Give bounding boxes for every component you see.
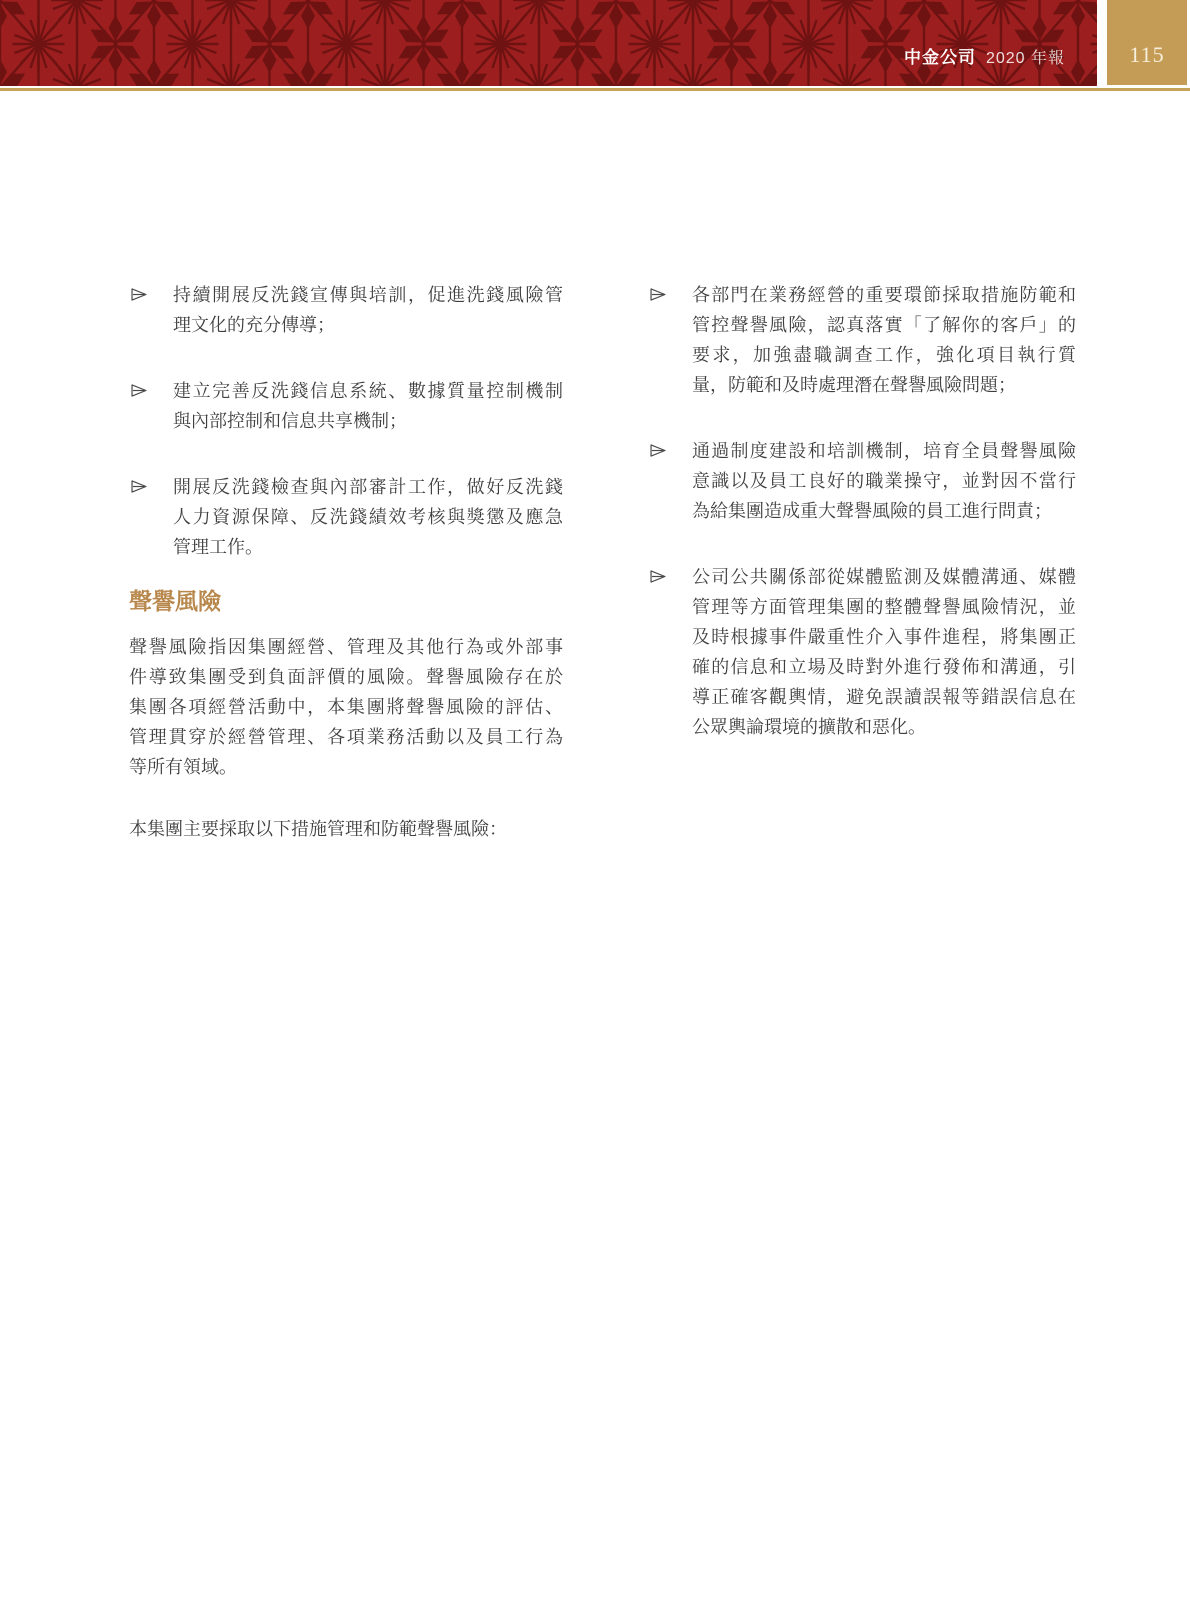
closing-paragraph: 本集團主要採取以下措施管理和防範聲譽風險：	[129, 814, 563, 844]
bullet-item: 建立完善反洗錢信息系統、數據質量控制機制與內部控制和信息共享機制；	[129, 376, 563, 436]
company-name: 中金公司	[904, 48, 976, 67]
bullet-item: 持續開展反洗錢宣傳與培訓，促進洗錢風險管理文化的充分傳導；	[129, 280, 563, 340]
bullet-item: 各部門在業務經營的重要環節採取措施防範和管控聲譽風險，認真落實「了解你的客戶」的…	[648, 280, 1076, 400]
bullet-arrow-icon	[131, 384, 147, 397]
header-title: 中金公司2020 年報	[904, 46, 1065, 70]
bullet-arrow-icon	[650, 570, 666, 583]
bullet-item: 公司公共關係部從媒體監測及媒體溝通、媒體管理等方面管理集團的整體聲譽風險情況，並…	[648, 562, 1076, 742]
bullet-text: 公司公共關係部從媒體監測及媒體溝通、媒體管理等方面管理集團的整體聲譽風險情況，並…	[692, 562, 1076, 742]
page-number-box: 115	[1107, 0, 1187, 85]
bullet-arrow-icon	[131, 480, 147, 493]
section-paragraph: 聲譽風險指因集團經營、管理及其他行為或外部事件導致集團受到負面評價的風險。聲譽風…	[129, 632, 563, 782]
header-pattern-band: 中金公司2020 年報	[0, 0, 1097, 86]
report-title: 2020 年報	[986, 50, 1065, 67]
page-number: 115	[1107, 42, 1187, 68]
section-heading: 聲譽風險	[129, 584, 563, 618]
bullet-text: 通過制度建設和培訓機制，培育全員聲譽風險意識以及員工良好的職業操守，並對因不當行…	[692, 436, 1076, 526]
bullet-item: 通過制度建設和培訓機制，培育全員聲譽風險意識以及員工良好的職業操守，並對因不當行…	[648, 436, 1076, 526]
bullet-item: 開展反洗錢檢查與內部審計工作，做好反洗錢人力資源保障、反洗錢績效考核與獎懲及應急…	[129, 472, 563, 562]
report-page: 中金公司2020 年報 115 持續開展反洗錢宣傳與培訓，促進洗錢風險管理文化的…	[0, 0, 1190, 1615]
asanoha-pattern-icon	[0, 0, 1097, 86]
bullet-text: 建立完善反洗錢信息系統、數據質量控制機制與內部控制和信息共享機制；	[173, 376, 563, 436]
left-column: 持續開展反洗錢宣傳與培訓，促進洗錢風險管理文化的充分傳導； 建立完善反洗錢信息系…	[129, 280, 563, 844]
bullet-text: 持續開展反洗錢宣傳與培訓，促進洗錢風險管理文化的充分傳導；	[173, 280, 563, 340]
bullet-text: 開展反洗錢檢查與內部審計工作，做好反洗錢人力資源保障、反洗錢績效考核與獎懲及應急…	[173, 472, 563, 562]
bullet-arrow-icon	[650, 288, 666, 301]
header-gold-rule	[0, 88, 1190, 91]
right-column: 各部門在業務經營的重要環節採取措施防範和管控聲譽風險，認真落實「了解你的客戶」的…	[648, 280, 1076, 742]
bullet-arrow-icon	[650, 444, 666, 457]
bullet-arrow-icon	[131, 288, 147, 301]
bullet-text: 各部門在業務經營的重要環節採取措施防範和管控聲譽風險，認真落實「了解你的客戶」的…	[692, 280, 1076, 400]
